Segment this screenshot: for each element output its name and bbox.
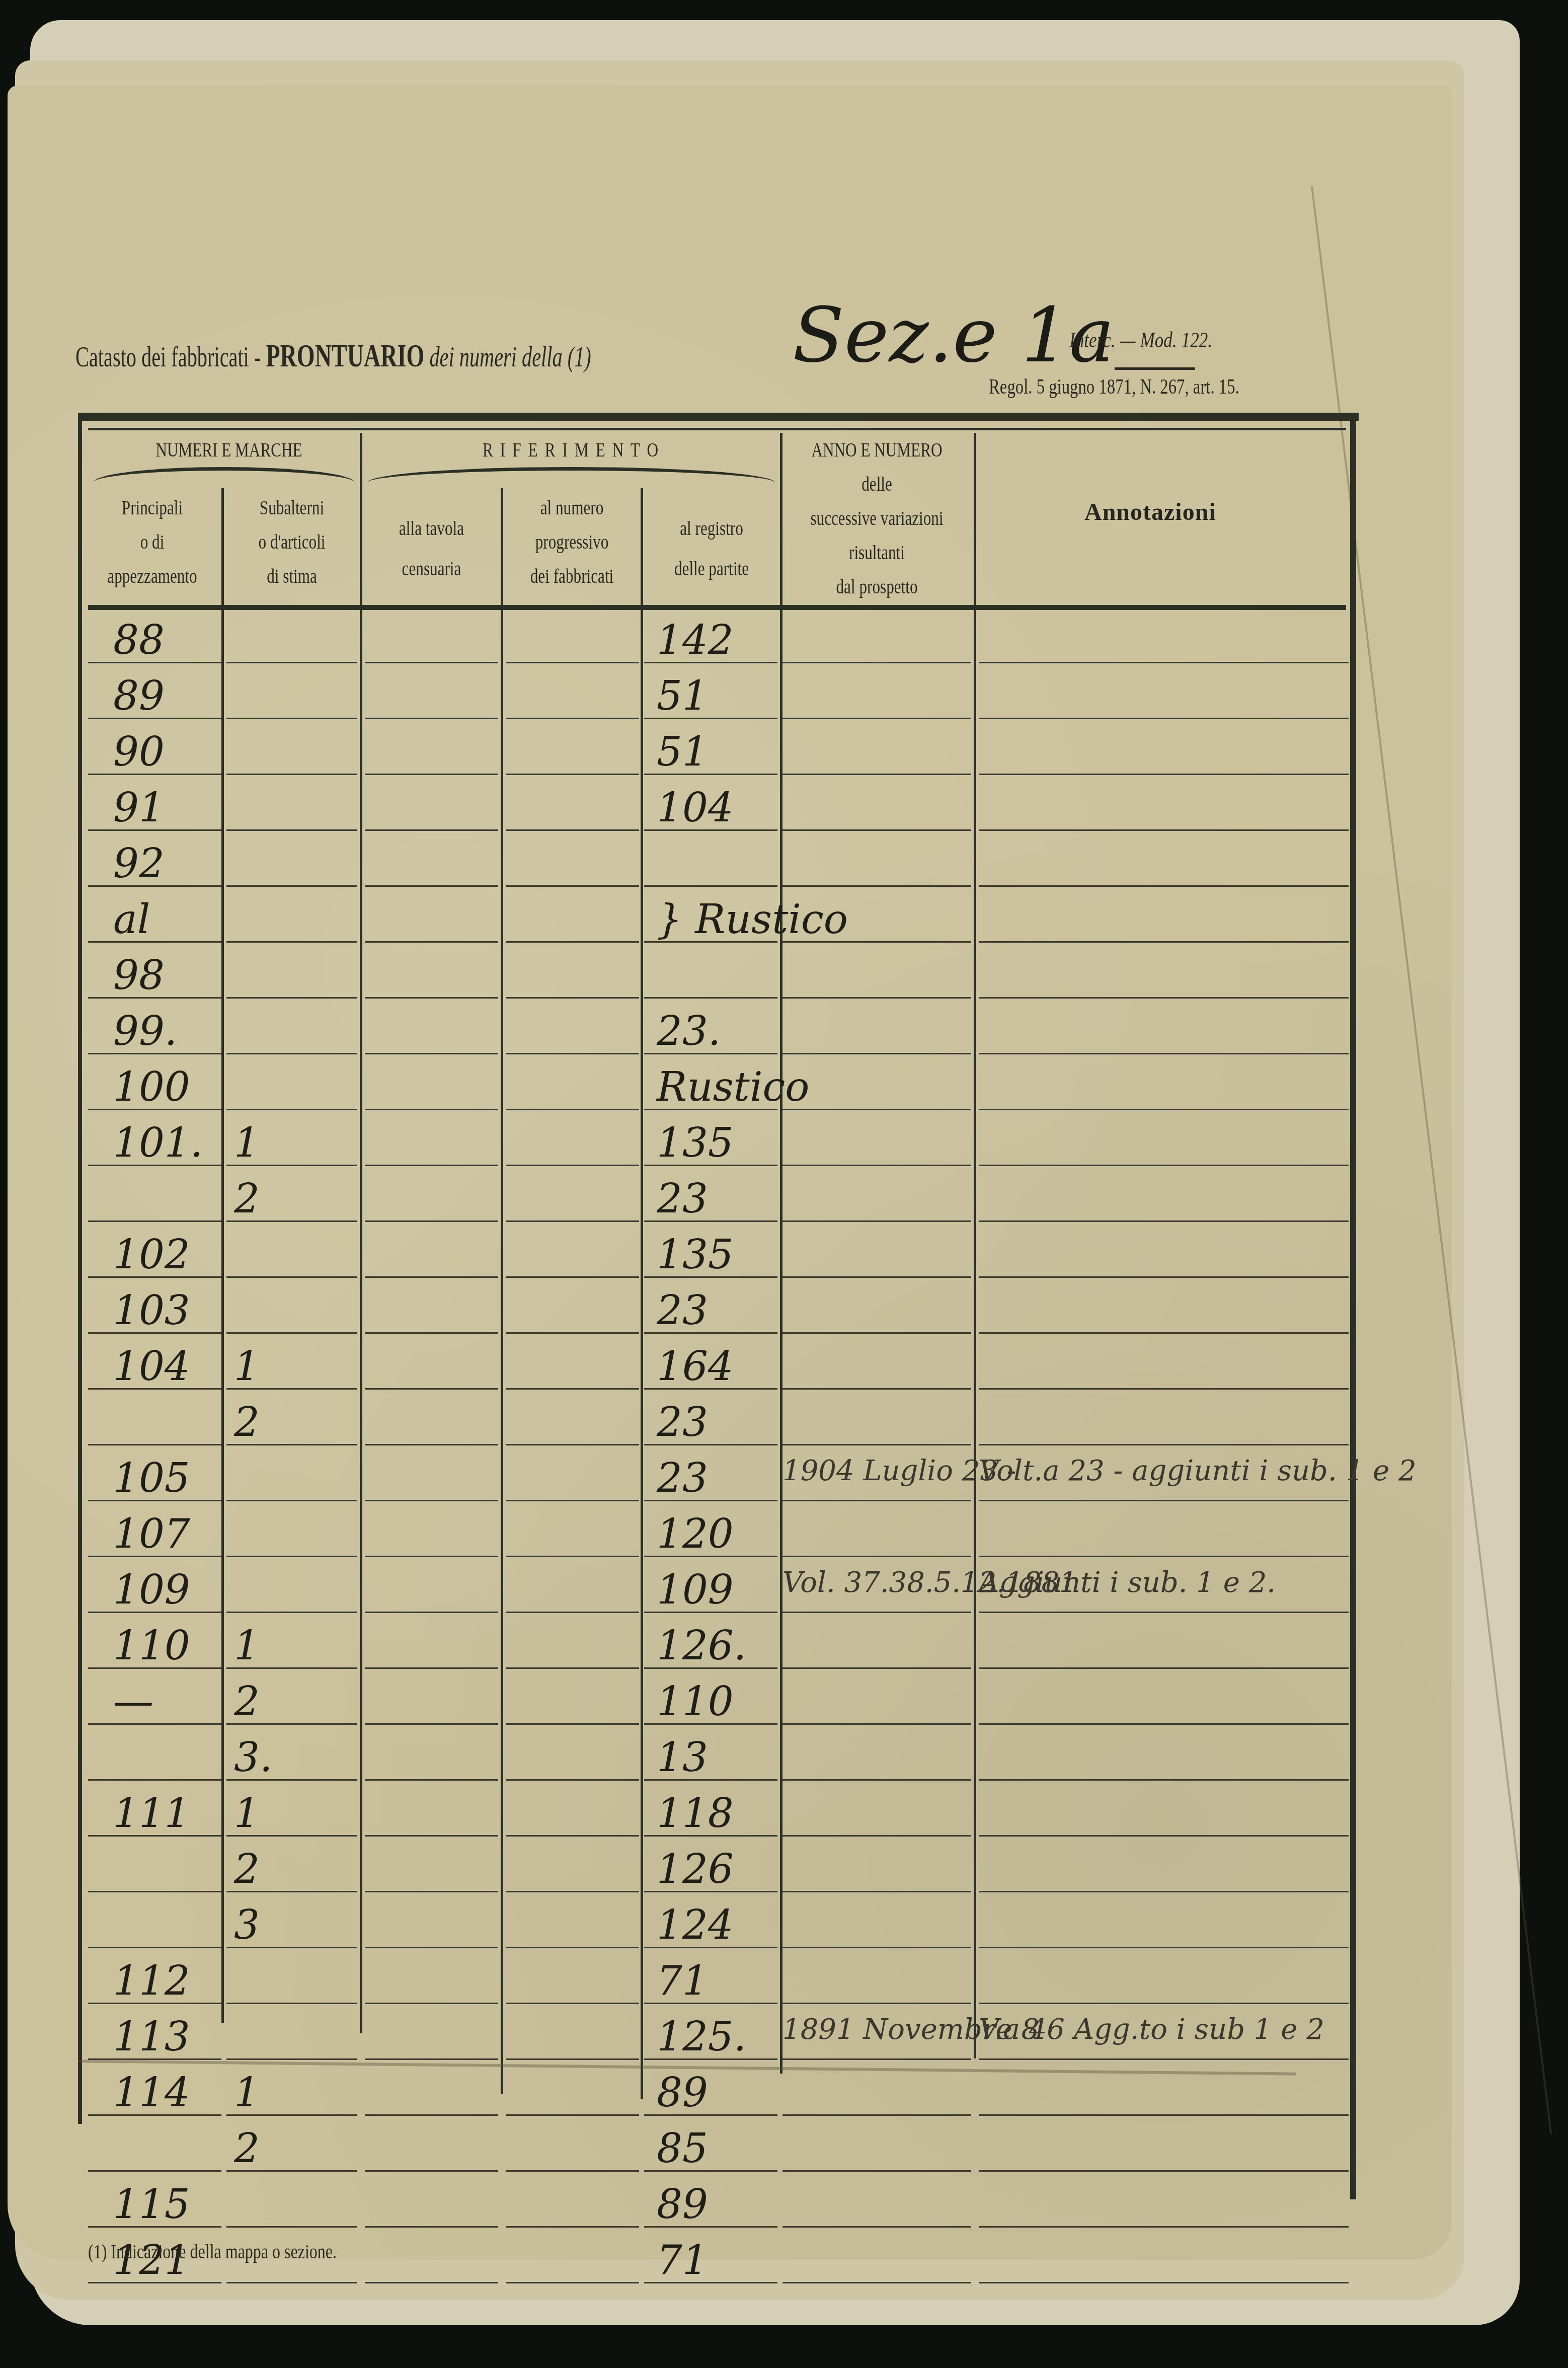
cell-registro: 124 xyxy=(657,1901,734,1948)
row-rule xyxy=(226,1500,357,1501)
cell-registro: 164 xyxy=(657,1343,734,1390)
row-rule xyxy=(782,1276,971,1278)
row-rule xyxy=(226,1053,357,1054)
cell-subalterno: 1 xyxy=(234,1343,260,1390)
cell-principale: 91 xyxy=(113,784,165,831)
row-rule xyxy=(782,2170,971,2172)
row-rule xyxy=(365,2003,498,2004)
row-rule xyxy=(365,1165,498,1166)
brace-numeri xyxy=(93,467,355,483)
row-rule xyxy=(506,997,639,999)
row-rule xyxy=(506,774,639,775)
row-rule xyxy=(979,941,1349,943)
row-rule xyxy=(782,1444,971,1445)
title-prefix: Catasto dei fabbricati - xyxy=(75,342,266,373)
row-rule xyxy=(88,2170,221,2172)
row-rule xyxy=(782,2058,971,2060)
col-header-line: progressivo xyxy=(518,525,625,559)
footnote: (1) Indicazione della mappa o sezione. xyxy=(88,2240,337,2263)
row-rule xyxy=(782,2003,971,2004)
row-rule xyxy=(365,941,498,943)
row-rule xyxy=(506,1388,639,1390)
row-rule xyxy=(226,662,357,663)
cell-principale: al xyxy=(113,896,150,943)
col-divider-registro xyxy=(780,433,782,2074)
row-rule xyxy=(979,718,1349,719)
row-rule xyxy=(365,2282,498,2283)
row-rule xyxy=(782,1388,971,1390)
col-header-principali: Principali o di appezzamento xyxy=(98,491,206,593)
row-rule xyxy=(644,997,777,999)
col-header-line: alla tavola xyxy=(377,508,486,549)
row-rule xyxy=(782,1835,971,1837)
cell-principale: 99. xyxy=(113,1008,177,1054)
cell-principale: 101. xyxy=(113,1119,203,1166)
row-rule xyxy=(782,2114,971,2116)
row-rule xyxy=(782,885,971,887)
row-rule xyxy=(979,1723,1349,1725)
col-header-line: al numero xyxy=(518,491,625,525)
row-rule xyxy=(226,829,357,831)
row-rule xyxy=(365,1109,498,1110)
cell-principale: 107 xyxy=(113,1510,190,1557)
row-rule xyxy=(365,1444,498,1445)
cell-registro: 104 xyxy=(657,784,734,831)
row-rule xyxy=(226,2058,357,2060)
cell-registro: 23 xyxy=(657,1175,708,1222)
row-rule xyxy=(979,1500,1349,1501)
row-rule xyxy=(979,885,1349,887)
title-main: PRONTUARIO xyxy=(266,338,424,373)
table-left-border xyxy=(78,413,82,2124)
row-rule xyxy=(979,1612,1349,1613)
cell-registro: 89 xyxy=(657,2069,708,2116)
row-rule xyxy=(226,997,357,999)
row-rule xyxy=(365,662,498,663)
row-rule xyxy=(365,1276,498,1278)
cell-subalterno: 1 xyxy=(234,1790,260,1837)
group-header-numeri-e-marche: NUMERI E MARCHE xyxy=(127,433,331,467)
row-rule xyxy=(506,2114,639,2116)
row-rule xyxy=(365,885,498,887)
col-header-line: delle partite xyxy=(658,549,765,589)
row-rule xyxy=(365,1332,498,1334)
row-rule xyxy=(506,1500,639,1501)
row-rule xyxy=(979,1667,1349,1669)
row-rule xyxy=(782,1332,971,1334)
row-rule xyxy=(365,997,498,999)
cell-principale: 115 xyxy=(113,2181,190,2228)
row-rule xyxy=(782,774,971,775)
row-rule xyxy=(365,1500,498,1501)
row-rule xyxy=(979,1891,1349,1892)
row-rule xyxy=(506,1723,639,1725)
row-rule xyxy=(979,1053,1349,1054)
row-rule xyxy=(506,1444,639,1445)
row-rule xyxy=(506,1612,639,1613)
col-divider-subalterni xyxy=(360,433,362,2033)
cell-principale: 100 xyxy=(113,1063,190,1110)
row-rule xyxy=(782,2226,971,2228)
row-rule xyxy=(979,2170,1349,2172)
row-rule xyxy=(782,1165,971,1166)
row-rule xyxy=(365,1947,498,1948)
row-rule xyxy=(365,1053,498,1054)
col-header-line: Principali xyxy=(98,491,206,525)
cell-subalterno: 1 xyxy=(234,2069,260,2116)
cell-registro: 51 xyxy=(657,728,708,775)
brace-riferimento xyxy=(367,467,775,483)
row-rule xyxy=(979,997,1349,999)
row-rule xyxy=(365,1779,498,1781)
cell-subalterno: 2 xyxy=(234,1678,260,1725)
cell-principale: 88 xyxy=(113,617,165,663)
row-rule xyxy=(365,1723,498,1725)
row-rule xyxy=(979,1947,1349,1948)
col-divider-tavola xyxy=(501,488,503,2094)
row-rule xyxy=(226,1332,357,1334)
row-rule xyxy=(506,2226,639,2228)
col-header-numero: al numero progressivo dei fabbricati xyxy=(518,491,625,593)
row-rule xyxy=(88,1444,221,1445)
cell-principale: — xyxy=(113,1678,153,1725)
cell-registro: 23 xyxy=(657,1287,708,1334)
row-rule xyxy=(782,1667,971,1669)
row-rule xyxy=(979,2282,1349,2283)
cell-registro: } Rustico xyxy=(657,896,848,943)
row-rule xyxy=(506,1165,639,1166)
cell-registro: 120 xyxy=(657,1510,734,1557)
row-rule xyxy=(506,1276,639,1278)
row-rule xyxy=(979,1388,1349,1390)
col-divider-anno xyxy=(974,433,976,2058)
row-rule xyxy=(506,1779,639,1781)
cell-principale: 89 xyxy=(113,672,165,719)
row-rule xyxy=(979,829,1349,831)
row-rule xyxy=(365,718,498,719)
cell-principale: 110 xyxy=(113,1622,190,1669)
col-header-line: o di xyxy=(98,525,206,559)
row-rule xyxy=(506,1053,639,1054)
row-rule xyxy=(782,1891,971,1892)
row-rule xyxy=(979,1220,1349,1222)
row-rule xyxy=(506,1835,639,1837)
cell-subalterno: 2 xyxy=(234,1175,260,1222)
cell-registro: 135 xyxy=(657,1231,734,1278)
row-rule xyxy=(979,2058,1349,2060)
row-rule xyxy=(979,1109,1349,1110)
row-rule xyxy=(979,1779,1349,1781)
row-rule xyxy=(782,1500,971,1501)
col-divider-numero xyxy=(641,488,643,2099)
cell-subalterno: 3 xyxy=(234,1901,260,1948)
row-rule xyxy=(979,1165,1349,1166)
header-bottom-rule xyxy=(88,605,1346,610)
cell-annotazioni: Aggiunti i sub. 1 e 2. xyxy=(979,1566,1276,1599)
cell-registro: 125. xyxy=(657,2013,746,2060)
section-handwritten: Sez.e 1a xyxy=(793,292,1115,379)
row-rule xyxy=(365,1220,498,1222)
cell-registro: 109 xyxy=(657,1566,734,1613)
row-rule xyxy=(88,1891,221,1892)
cell-principale: 114 xyxy=(113,2069,190,2116)
row-rule xyxy=(782,997,971,999)
row-rule xyxy=(979,662,1349,663)
row-rule xyxy=(88,1779,221,1781)
col-header-line: delle xyxy=(799,467,954,501)
row-rule xyxy=(88,1947,221,1948)
row-rule xyxy=(506,718,639,719)
col-header-line: appezzamento xyxy=(98,559,206,593)
title-suffix: dei numeri della (1) xyxy=(424,342,591,373)
cell-subalterno: 1 xyxy=(234,1119,260,1166)
cell-subalterno: 1 xyxy=(234,1622,260,1669)
regulation-reference: Regol. 5 giugno 1871, N. 267, art. 15. xyxy=(989,375,1239,399)
row-rule xyxy=(979,774,1349,775)
row-rule xyxy=(506,662,639,663)
row-rule xyxy=(782,1556,971,1557)
group-header-riferimento: R I F E R I M E N T O xyxy=(414,433,728,467)
row-rule xyxy=(979,1556,1349,1557)
row-rule xyxy=(365,1667,498,1669)
table-top-border xyxy=(78,413,1359,421)
cell-registro: Rustico xyxy=(657,1063,810,1110)
row-rule xyxy=(365,2226,498,2228)
col-header-anno: ANNO E NUMERO delle successive variazion… xyxy=(799,433,954,604)
col-header-annotazioni: Annotazioni xyxy=(1084,498,1216,526)
row-rule xyxy=(506,1891,639,1892)
col-header-line: al registro xyxy=(658,508,765,549)
cell-registro: 89 xyxy=(657,2181,708,2228)
row-rule xyxy=(506,2282,639,2283)
row-rule xyxy=(226,2226,357,2228)
row-rule xyxy=(506,1556,639,1557)
register-table: NUMERI E MARCHE R I F E R I M E N T O Pr… xyxy=(78,413,1359,2199)
row-rule xyxy=(979,1276,1349,1278)
row-rule xyxy=(782,718,971,719)
cell-principale: 103 xyxy=(113,1287,190,1334)
row-rule xyxy=(226,1556,357,1557)
row-rule xyxy=(782,2282,971,2283)
cell-registro: 23 xyxy=(657,1455,708,1501)
row-rule xyxy=(506,1667,639,1669)
cell-registro: 71 xyxy=(657,2237,708,2283)
row-rule xyxy=(979,2114,1349,2116)
row-rule xyxy=(782,1220,971,1222)
cell-registro: 85 xyxy=(657,2125,708,2172)
row-rule xyxy=(506,2058,639,2060)
row-rule xyxy=(365,1891,498,1892)
row-rule xyxy=(88,941,221,943)
row-rule xyxy=(506,829,639,831)
row-rule xyxy=(506,1220,639,1222)
row-rule xyxy=(88,1723,221,1725)
row-rule xyxy=(365,1612,498,1613)
row-rule xyxy=(782,1053,971,1054)
row-rule xyxy=(782,1947,971,1948)
row-rule xyxy=(506,1332,639,1334)
table-right-border xyxy=(1350,413,1356,2199)
row-rule xyxy=(782,1723,971,1725)
row-rule xyxy=(782,1612,971,1613)
form-code: Interc. — Mod. 122. xyxy=(1069,327,1212,353)
col-header-line: dal prospetto xyxy=(799,570,954,604)
cell-principale: 92 xyxy=(113,840,165,887)
row-rule xyxy=(365,774,498,775)
row-rule xyxy=(226,774,357,775)
row-rule xyxy=(365,1556,498,1557)
col-divider-principali xyxy=(221,488,224,2023)
row-rule xyxy=(782,829,971,831)
col-header-subalterni: Subalterni o d'articoli di stima xyxy=(239,491,345,593)
row-rule xyxy=(365,1388,498,1390)
row-rule xyxy=(226,941,357,943)
cell-annotazioni: Volt.a 23 - aggiunti i sub. 1 e 2 xyxy=(979,1455,1417,1487)
cell-registro: 23 xyxy=(657,1399,708,1445)
row-rule xyxy=(226,1109,357,1110)
col-header-line: ANNO E NUMERO xyxy=(799,433,954,467)
document-title: Catasto dei fabbricati - PRONTUARIO dei … xyxy=(75,337,591,374)
row-rule xyxy=(506,885,639,887)
cell-principale: 113 xyxy=(113,2013,190,2060)
row-rule xyxy=(644,885,777,887)
col-header-line: dei fabbricati xyxy=(518,559,625,593)
col-header-line: o d'articoli xyxy=(239,525,345,559)
cell-subalterno: 2 xyxy=(234,1399,260,1445)
col-header-line: risultanti xyxy=(799,536,954,570)
cell-principale: 109 xyxy=(113,1566,190,1613)
row-rule xyxy=(226,1612,357,1613)
row-rule xyxy=(226,2003,357,2004)
cell-principale: 90 xyxy=(113,728,165,775)
row-rule xyxy=(506,941,639,943)
cell-registro: 71 xyxy=(657,1957,708,2004)
cell-subalterno: 2 xyxy=(234,1846,260,1892)
cell-subalterno: 2 xyxy=(234,2125,260,2172)
cell-annotazioni: V.a 46 Agg.to i sub 1 e 2 xyxy=(979,2013,1324,2046)
row-rule xyxy=(782,1779,971,1781)
row-rule xyxy=(979,1444,1349,1445)
col-header-line: di stima xyxy=(239,559,345,593)
cell-registro: 13 xyxy=(657,1734,708,1781)
col-header-line: successive variazioni xyxy=(799,501,954,536)
row-rule xyxy=(782,662,971,663)
col-header-tavola: alla tavola censuaria xyxy=(377,508,486,589)
col-header-line: Subalterni xyxy=(239,491,345,525)
row-rule xyxy=(365,2170,498,2172)
cell-registro: 118 xyxy=(657,1790,734,1837)
row-rule xyxy=(226,1276,357,1278)
cell-registro: 142 xyxy=(657,617,734,663)
cell-principale: 105 xyxy=(113,1455,190,1501)
cell-registro: 110 xyxy=(657,1678,734,1725)
row-rule xyxy=(782,1109,971,1110)
cell-subalterno: 3. xyxy=(234,1734,272,1781)
row-rule xyxy=(226,718,357,719)
register-page: Catasto dei fabbricati - PRONTUARIO dei … xyxy=(8,86,1452,2260)
form-code-rule xyxy=(1115,367,1195,370)
cell-principale: 112 xyxy=(113,1957,190,2004)
cell-principale: 98 xyxy=(113,952,165,999)
row-rule xyxy=(226,2282,357,2283)
cell-registro: 23. xyxy=(657,1008,721,1054)
row-rule xyxy=(979,2226,1349,2228)
cell-principale: 102 xyxy=(113,1231,190,1278)
row-rule xyxy=(979,1332,1349,1334)
cell-registro: 51 xyxy=(657,672,708,719)
cell-registro: 126 xyxy=(657,1846,734,1892)
col-header-line: censuaria xyxy=(377,549,486,589)
cell-registro: 135 xyxy=(657,1119,734,1166)
cell-registro: 126. xyxy=(657,1622,746,1669)
row-rule xyxy=(365,1835,498,1837)
row-rule xyxy=(365,2114,498,2116)
row-rule xyxy=(365,829,498,831)
row-rule xyxy=(979,2003,1349,2004)
row-rule xyxy=(506,1109,639,1110)
row-rule xyxy=(979,1835,1349,1837)
table-top-inner-border xyxy=(88,428,1346,430)
row-rule xyxy=(506,2170,639,2172)
row-rule xyxy=(88,1220,221,1222)
row-rule xyxy=(365,2058,498,2060)
row-rule xyxy=(506,1947,639,1948)
row-rule xyxy=(506,2003,639,2004)
col-header-registro: al registro delle partite xyxy=(658,508,765,589)
cell-principale: 104 xyxy=(113,1343,190,1390)
cell-principale: 111 xyxy=(113,1790,190,1837)
row-rule xyxy=(226,885,357,887)
